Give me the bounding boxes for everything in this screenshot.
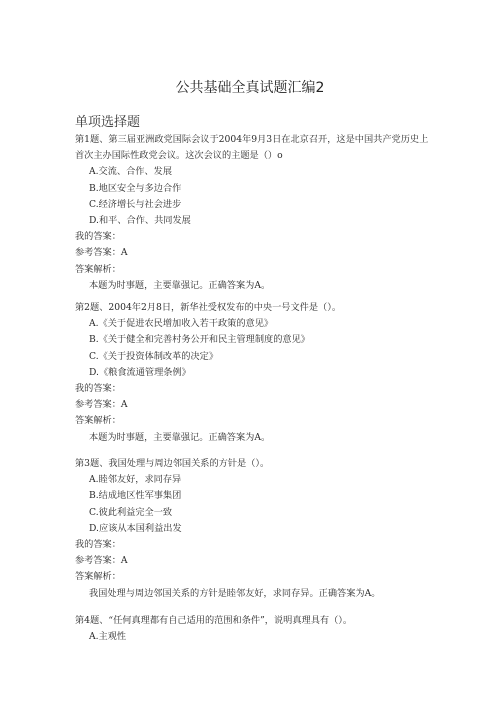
my-answer-label: 我的答案： xyxy=(75,381,435,397)
option-c: C.经济增长与社会进步 xyxy=(75,197,435,213)
my-answer-label: 我的答案： xyxy=(75,229,435,245)
option-a: A.主观性 xyxy=(75,629,435,645)
question-stem-cont: 首次主办国际性政党会议。这次会议的主题是（）o xyxy=(75,148,435,164)
analysis-text: 本题为时事题，主要靠强记。正确答案为A。 xyxy=(75,278,435,294)
reference-answer: 参考答案：A xyxy=(75,245,435,261)
analysis-text: 本题为时事题，主要靠强记。正确答案为A。 xyxy=(75,430,435,446)
question-stem: 第4题、“任何真理都有自己适用的范围和条件”，说明真理具有（）。 xyxy=(75,613,435,629)
document-title: 公共基础全真试题汇编2 xyxy=(0,77,500,97)
analysis-label: 答案解析： xyxy=(75,413,435,429)
option-c: C.彼此利益完全一致 xyxy=(75,505,435,521)
question-4: 第4题、“任何真理都有自己适用的范围和条件”，说明真理具有（）。 A.主观性 xyxy=(75,613,435,645)
reference-answer: 参考答案：A xyxy=(75,553,435,569)
option-d: D.和平、合作、共同发展 xyxy=(75,213,435,229)
question-2: 第2题、2004年2月8日，新华社受权发布的中央一号文件是（）。 A.《关于促进… xyxy=(75,300,435,446)
option-d: D.应该从本国利益出发 xyxy=(75,521,435,537)
question-3: 第3题、我国处理与周边邻国关系的方针是（）。 A.睦邻友好，求同存异 B.结成地… xyxy=(75,456,435,602)
analysis-text: 我国处理与周边邻国关系的方针是睦邻友好，求同存异。正确答案为A。 xyxy=(75,586,435,602)
option-b: B.结成地区性军事集团 xyxy=(75,488,435,504)
analysis-label: 答案解析： xyxy=(75,262,435,278)
document-page: 公共基础全真试题汇编2 单项选择题 第1题、第三届亚洲政党国际会议于2004年9… xyxy=(0,0,500,707)
option-a: A.交流、合作、发展 xyxy=(75,164,435,180)
question-stem: 第2题、2004年2月8日，新华社受权发布的中央一号文件是（）。 xyxy=(75,300,435,316)
question-1: 第1题、第三届亚洲政党国际会议于2004年9月3日在北京召开，这是中国共产党历史… xyxy=(75,132,435,294)
option-b: B.《关于健全和完善村务公开和民主管理制度的意见》 xyxy=(75,332,435,348)
question-stem: 第3题、我国处理与周边邻国关系的方针是（）。 xyxy=(75,456,435,472)
reference-answer: 参考答案：A xyxy=(75,397,435,413)
question-stem: 第1题、第三届亚洲政党国际会议于2004年9月3日在北京召开，这是中国共产党历史… xyxy=(75,132,435,148)
option-a: A.睦邻友好，求同存异 xyxy=(75,472,435,488)
my-answer-label: 我的答案： xyxy=(75,537,435,553)
option-a: A.《关于促进农民增加收入若干政策的意见》 xyxy=(75,316,435,332)
analysis-label: 答案解析： xyxy=(75,569,435,585)
option-d: D.《粮食流通管理条例》 xyxy=(75,365,435,381)
option-b: B.地区安全与多边合作 xyxy=(75,181,435,197)
option-c: C.《关于投资体制改革的决定》 xyxy=(75,349,435,365)
section-heading: 单项选择题 xyxy=(75,111,140,130)
